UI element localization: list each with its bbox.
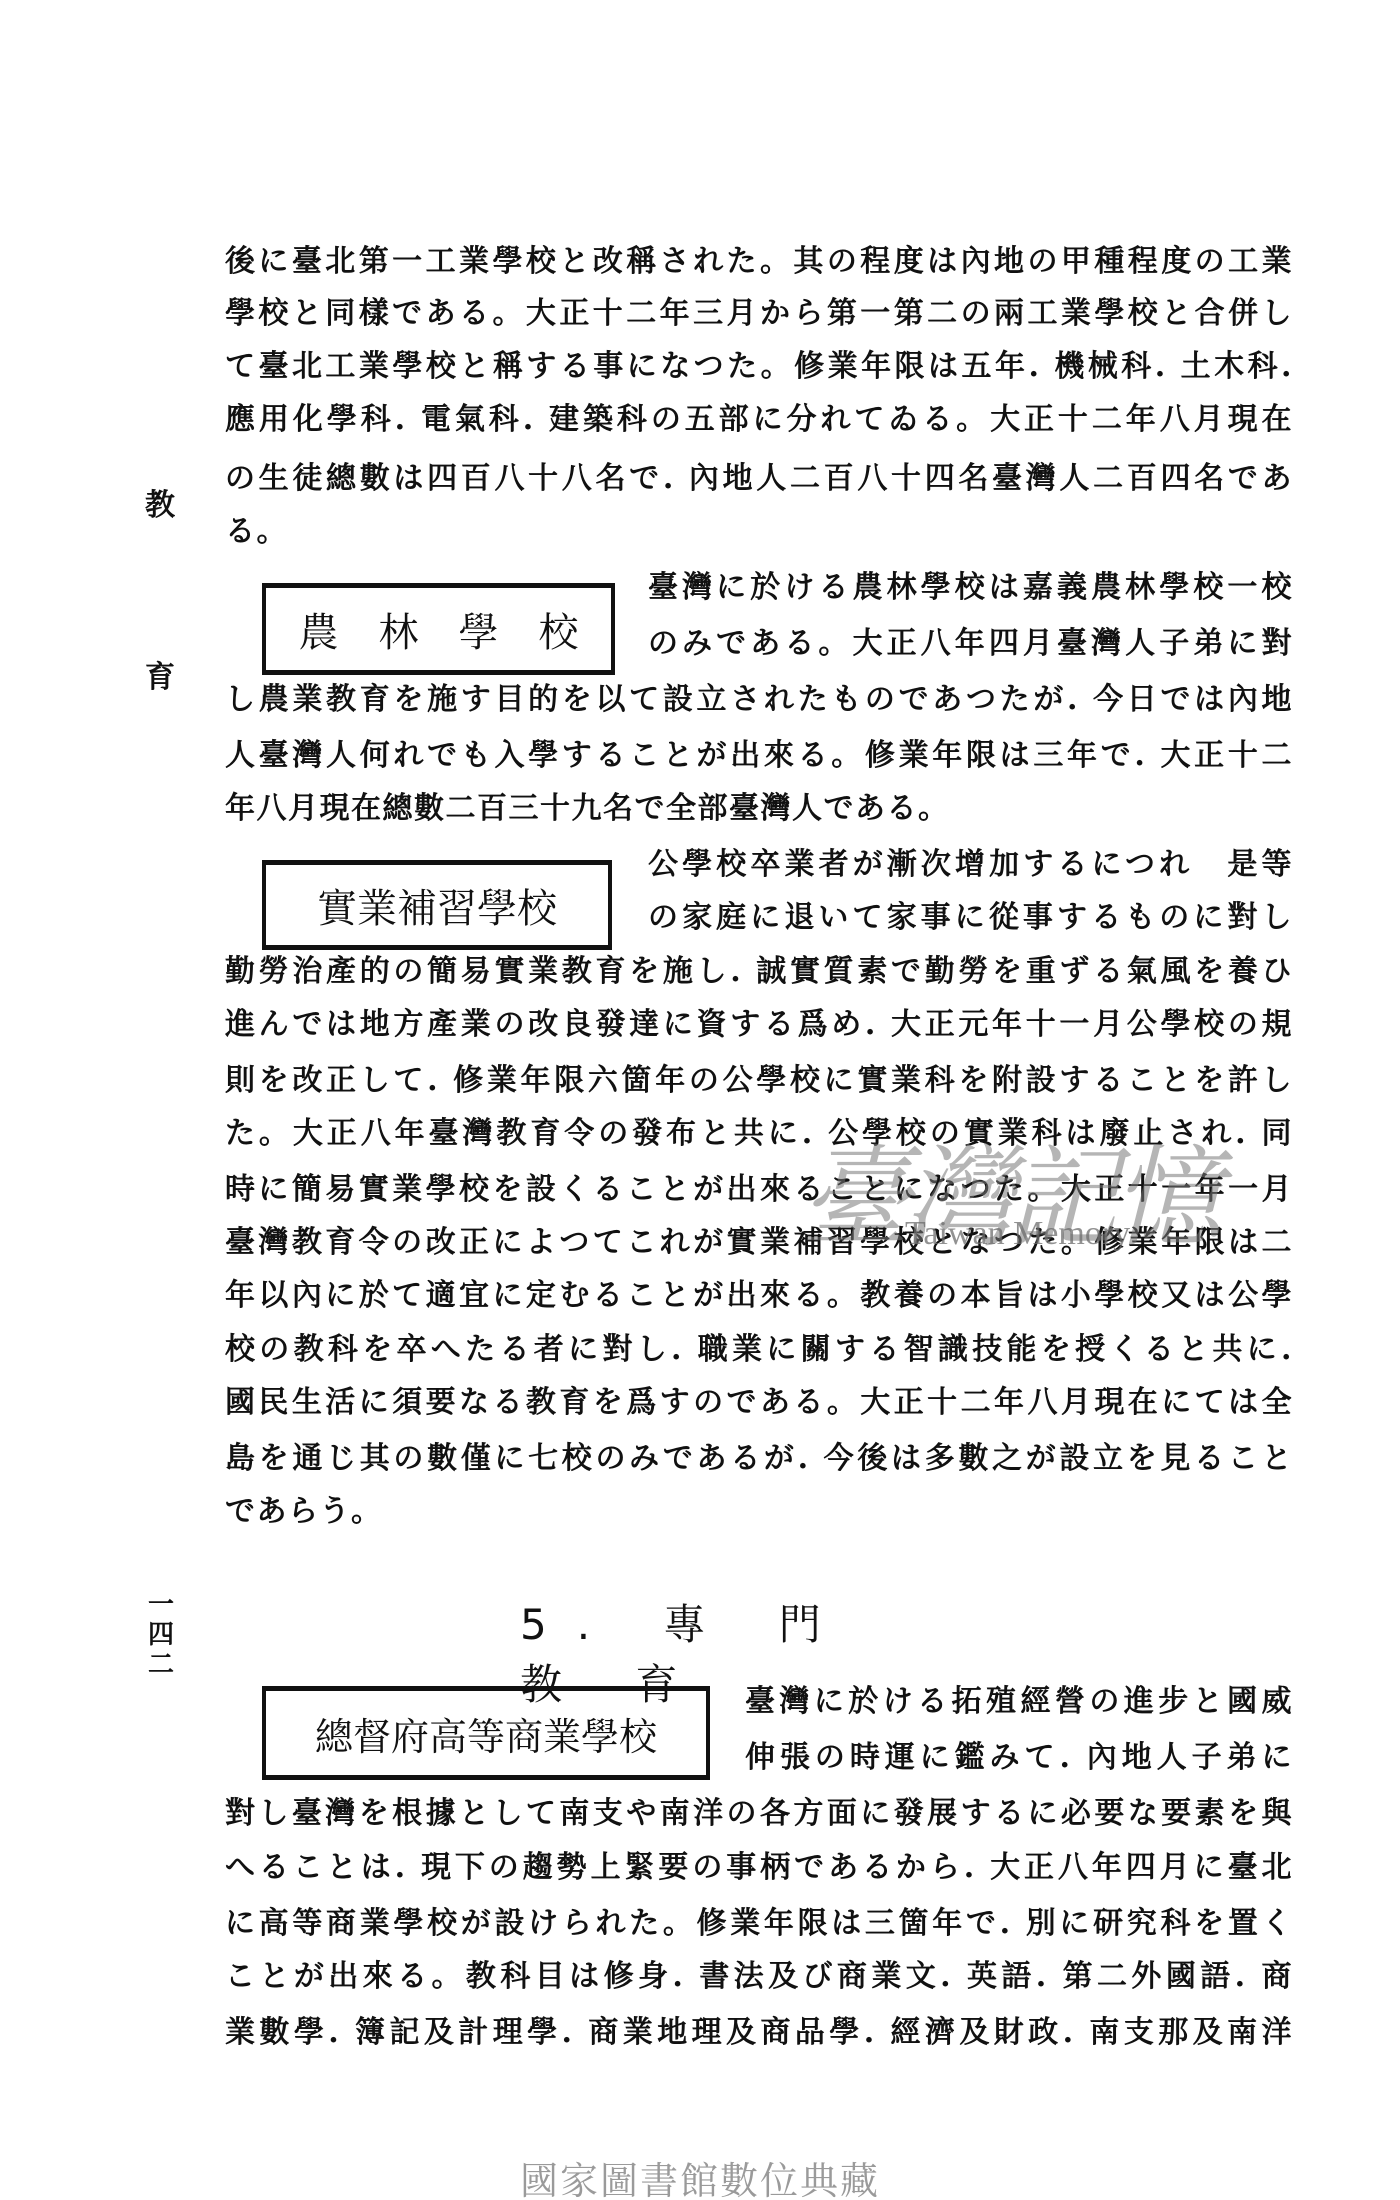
margin-section-char-2: 育 (140, 652, 180, 696)
text-line: ことが出來る。教科目は修身. 書法及び商業文. 英語. 第二外國語. 商 (225, 1952, 1293, 2002)
text-line: に高等商業學校が設けられた。修業年限は三箇年で. 別に研究科を置く (225, 1899, 1293, 1949)
text-line: 臺灣教育令の改正によつてこれが實業補習學校となつた。修業年限は二 (225, 1218, 1293, 1268)
page-number-digit: 一 (146, 1590, 176, 1620)
text-line: 臺灣に於ける農林學校は嘉義農林學校一校 (648, 563, 1293, 613)
text-line: 業數學. 簿記及計理學. 商業地理及商品學. 經濟及財政. 南支那及南洋 (225, 2008, 1293, 2058)
text-line: 校の教科を卒へたる者に對し. 職業に關する智識技能を授くると共に. (225, 1325, 1293, 1375)
text-line: 臺灣に於ける拓殖經營の進步と國威 (745, 1677, 1293, 1727)
text-line: 應用化學科. 電氣科. 建築科の五部に分れてゐる。大正十二年八月現在 (225, 395, 1293, 445)
text-line: 伸張の時運に鑑みて. 內地人子弟に (745, 1733, 1293, 1783)
page-number-digit: 二 (146, 1650, 176, 1680)
text-line: へることは. 現下の趨勢上緊要の事柄であるから. 大正八年四月に臺北 (225, 1843, 1293, 1893)
text-line: 進んでは地方產業の改良發達に資する爲め. 大正元年十一月公學校の規 (225, 1000, 1293, 1050)
text-line: 島を通じ其の數僅に七校のみであるが. 今後は多數之が設立を見ること (225, 1434, 1293, 1484)
boxed-heading-higher-commercial: 總督府高等商業學校 (262, 1686, 710, 1780)
text-line: 時に簡易實業學校を設くることが出來ることになつた。大正十一年一月 (225, 1165, 1293, 1215)
text-line: 公學校卒業者が漸次增加するにつれ 是等 (648, 840, 1293, 890)
text-line: 對し臺灣を根據として南支や南洋の各方面に發展するに必要な要素を與 (225, 1789, 1293, 1839)
text-line: た。大正八年臺灣教育令の發布と共に. 公學校の實業科は廢止され. 同 (225, 1109, 1293, 1159)
library-credit-footer: 國家圖書館數位典藏 (500, 2150, 900, 2200)
text-line: 則を改正して. 修業年限六箇年の公學校に實業科を附設することを許し (225, 1056, 1293, 1106)
boxed-heading-label: 農 林 學 校 (299, 601, 579, 658)
text-line: であらう。 (225, 1487, 1293, 1537)
margin-section-char-1: 教 (140, 480, 180, 524)
boxed-heading-label: 總督府高等商業學校 (315, 1706, 657, 1761)
page-number: 一四二 (146, 1590, 176, 1680)
text-line: 國民生活に須要なる教育を爲すのである。大正十二年八月現在にては全 (225, 1378, 1293, 1428)
text-line: のみである。大正八年四月臺灣人子弟に對 (648, 619, 1293, 669)
page-number-digit: 四 (146, 1620, 176, 1650)
text-line: 學校と同樣である。大正十二年三月から第一第二の兩工業學校と合併し (225, 289, 1293, 339)
text-line: し農業教育を施す目的を以て設立されたものであつたが. 今日では內地 (225, 675, 1293, 725)
boxed-heading-label: 實業補習學校 (317, 877, 557, 934)
text-line: 人臺灣人何れでも入學することが出來る。修業年限は三年で. 大正十二 (225, 731, 1293, 781)
text-line: 年以內に於て適宜に定むることが出來る。教養の本旨は小學校又は公學 (225, 1271, 1293, 1321)
text-line: る。 (225, 507, 1293, 557)
text-line: 後に臺北第一工業學校と改稱された。其の程度は內地の甲種程度の工業 (225, 237, 1293, 287)
text-line: 年八月現在總數二百三十九名で全部臺灣人である。 (225, 784, 1293, 834)
text-line: 勤勞治產的の簡易實業教育を施し. 誠實質素で勤勞を重ずる氣風を養ひ (225, 947, 1293, 997)
text-line: の生徒總數は四百八十八名で. 內地人二百八十四名臺灣人二百四名であ (225, 454, 1293, 504)
boxed-heading-agriculture: 農 林 學 校 (262, 583, 615, 675)
text-line: の家庭に退いて家事に從事するものに對し (648, 893, 1293, 943)
boxed-heading-vocational: 實業補習學校 (262, 860, 612, 950)
text-line: て臺北工業學校と稱する事になつた。修業年限は五年. 機械科. 土木科. (225, 342, 1293, 392)
